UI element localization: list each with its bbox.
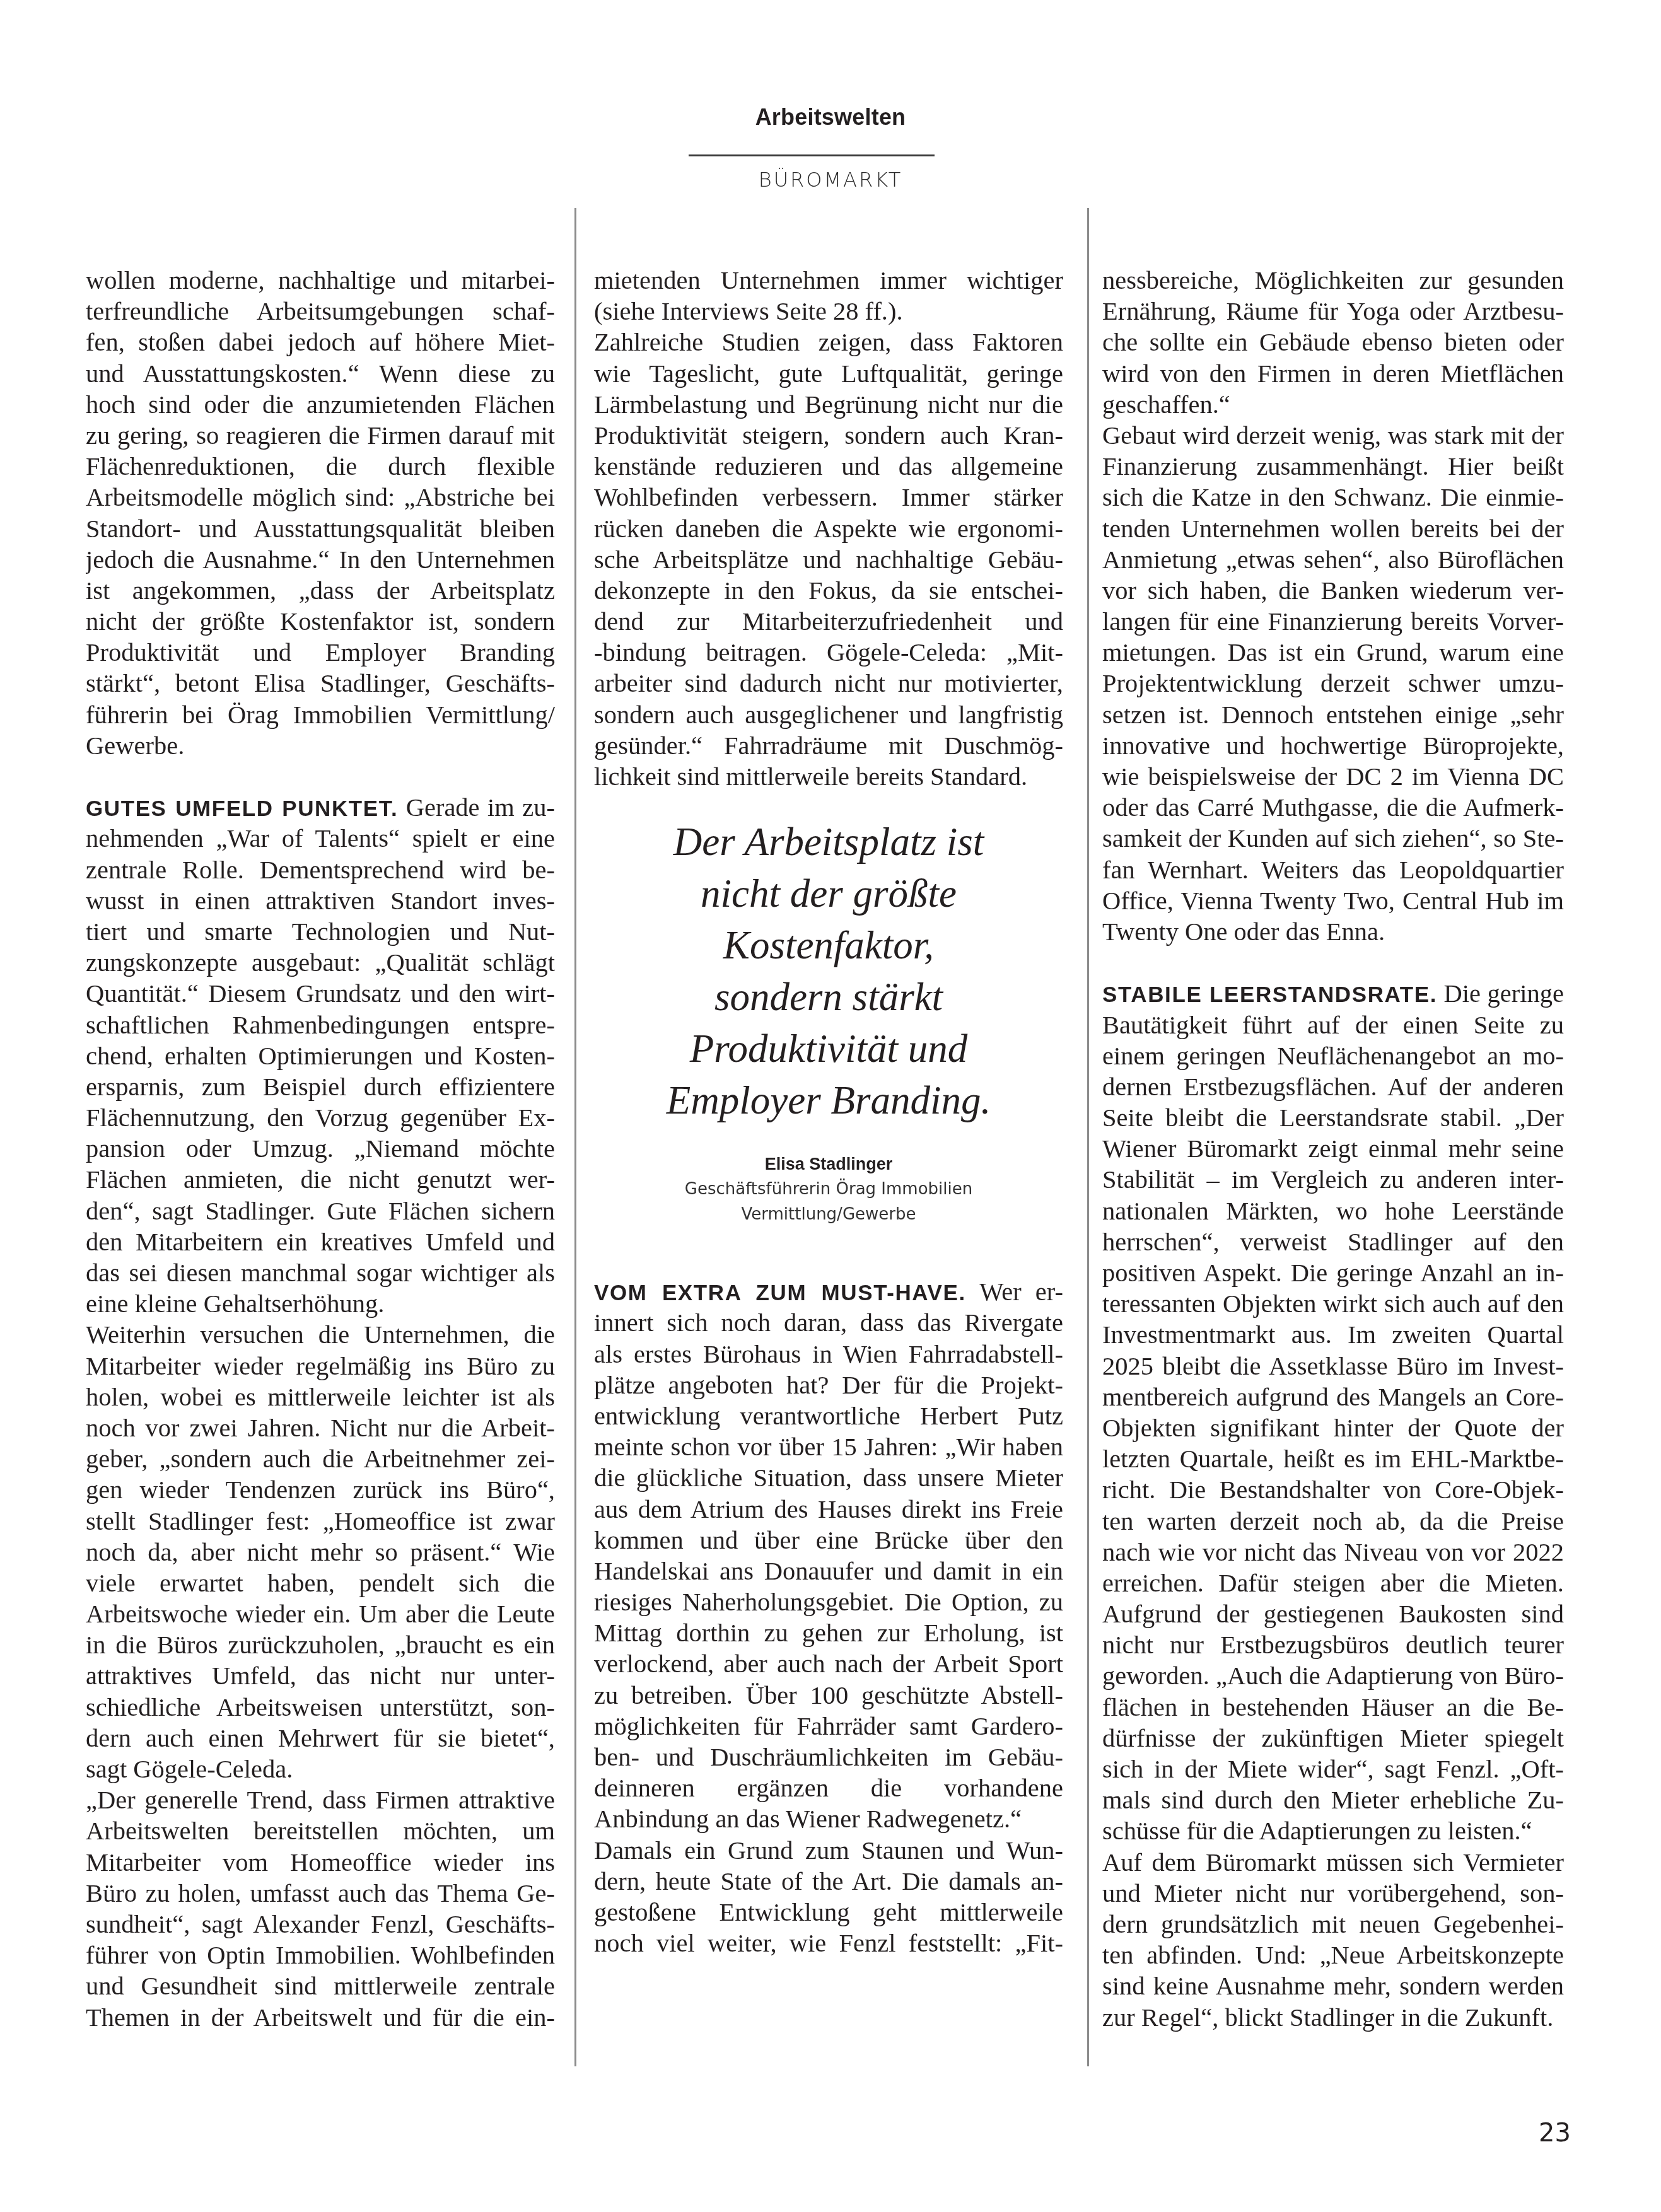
body-paragraph: „Der generelle Trend, dass Firmen attrak… [86,1784,555,2033]
text-line: Handelskai ans Donauufer und damit in ei… [594,1556,1063,1586]
text-line: Anbindung an das Wiener Radwegenetz.“ [594,1803,1063,1834]
section-paragraph: VOM EXTRA ZUM MUST-HAVE. Wer er-innert s… [594,1276,1063,1834]
text-line: oder das Carré Muthgasse, die die Aufmer… [1102,792,1564,823]
text-line: Quantität.“ Diesem Grundsatz und den wir… [86,978,555,1009]
text-line: geworden. „Auch die Adaptierung von Büro… [1102,1660,1564,1691]
text-line: Aufgrund der gestiegenen Baukosten sind [1102,1598,1564,1629]
body-paragraph: Weiterhin versuchen die Unternehmen, die… [86,1319,555,1784]
text-line: und Ausstattungskosten.“ Wenn diese zu [86,358,555,389]
pull-quote-line: Produktivität und [594,1023,1063,1074]
text-line: dernen Erstbezugsflächen. Auf der andere… [1102,1071,1564,1102]
text-line: Arbeitswelten bereitstellen möchten, um [86,1815,555,1846]
text-line: flächen in bestehenden Häuser an die Be- [1102,1692,1564,1723]
text-line: Arbeitsmodelle möglich sind: „Abstriche … [86,482,555,513]
text-line: -bindung beitragen. Gögele-Celeda: „Mit- [594,637,1063,668]
text-line: Mitarbeiter vom Homeoffice wieder ins [86,1847,555,1878]
text-line: dürfnisse der zukünftigen Mieter spiegel… [1102,1723,1564,1754]
text-line-content: Gerade im zu- [398,793,555,822]
text-line: aus dem Atrium des Hauses direkt ins Fre… [594,1494,1063,1525]
text-line: innovative und hochwertige Büroprojekte, [1102,730,1564,761]
body-paragraph: nessbereiche, Möglichkeiten zur gesunden… [1102,265,1564,420]
text-line: GUTES UMFELD PUNKTET. Gerade im zu- [86,792,555,823]
text-line: nach wie vor nicht das Niveau von vor 20… [1102,1537,1564,1568]
text-line: Zahlreiche Studien zeigen, dass Faktoren [594,327,1063,358]
text-line: Flächenreduktionen, die durch flexible [86,451,555,482]
text-line: geber, „sondern auch die Arbeitnehmer ze… [86,1443,555,1474]
column-divider [1087,208,1089,2066]
text-line: lichkeit sind mittlerweile bereits Stand… [594,761,1063,792]
text-line: zungskonzepte ausgebaut: „Qualität schlä… [86,947,555,978]
pull-quote-author-role: Geschäftsführerin Örag Immobilien [594,1177,1063,1202]
text-line: tenden Unternehmen wollen bereits bei de… [1102,513,1564,544]
pull-quote-line: nicht der größte [594,868,1063,919]
text-line: attraktives Umfeld, das nicht nur unter- [86,1660,555,1691]
text-line: ben- und Duschräumlichkeiten im Gebäu- [594,1742,1063,1773]
text-line: vor sich haben, die Banken wiederum ver- [1102,575,1564,606]
text-line: den“, sagt Stadlinger. Gute Flächen sich… [86,1196,555,1226]
paragraph-gap [1102,947,1564,978]
text-line: dekonzepte in den Fokus, da sie entschei… [594,575,1063,606]
article-column-2: mietenden Unternehmen immer wichtiger(si… [594,265,1063,1959]
text-line: zu gering, so reagieren die Firmen darau… [86,420,555,451]
text-line: fan Wernhart. Weiters das Leopoldquartie… [1102,854,1564,885]
text-line: wollen moderne, nachhaltige und mitarbei… [86,265,555,296]
body-paragraph: Gebaut wird derzeit wenig, was stark mit… [1102,420,1564,947]
text-line: plätze angeboten hat? Der für die Projek… [594,1370,1063,1400]
text-line: Lärmbelastung und Begrünung nicht nur di… [594,389,1063,420]
text-line: Büro zu holen, umfasst auch das Thema Ge… [86,1878,555,1909]
text-line: terfreundliche Arbeitsumgebungen schaf- [86,296,555,327]
text-line: kommen und über eine Brücke über den [594,1525,1063,1556]
text-line: zentrale Rolle. Dementsprechend wird be- [86,854,555,885]
text-line: sich die Katze in den Schwanz. Die einmi… [1102,482,1564,513]
text-line: Twenty One oder das Enna. [1102,916,1564,947]
header-rule [689,154,935,156]
text-line: kenstände reduzieren und das allgemeine [594,451,1063,482]
text-line: letzten Quartale, heißt es im EHL-Marktb… [1102,1443,1564,1474]
text-line: jedoch die Ausnahme.“ In den Unternehmen [86,544,555,575]
text-line: Objekten signifikant hinter der Quote de… [1102,1412,1564,1443]
text-line: setzen ist. Dennoch entstehen einige „se… [1102,699,1564,730]
text-line: Wiener Büromarkt zeigt einmal mehr seine [1102,1133,1564,1164]
text-line: sondern auch ausgeglichener und langfris… [594,699,1063,730]
text-line: viele erwartet haben, pendelt sich die [86,1568,555,1598]
article-column-3: nessbereiche, Möglichkeiten zur gesunden… [1102,265,1564,2033]
subheading: VOM EXTRA ZUM MUST-HAVE. [594,1281,966,1305]
text-line: hoch sind oder die anzumietenden Flächen [86,389,555,420]
body-paragraph: mietenden Unternehmen immer wichtiger(si… [594,265,1063,327]
text-line-content: Die geringe [1437,979,1564,1008]
article-column-1: wollen moderne, nachhaltige und mitarbei… [86,265,555,2033]
text-line: Finanzierung zusammenhängt. Hier beißt [1102,451,1564,482]
text-line: arbeiter sind dadurch nicht nur motivier… [594,668,1063,699]
text-line: Produktivität steigern, sondern auch Kra… [594,420,1063,451]
text-line: stellt Stadlinger fest: „Homeoffice ist … [86,1506,555,1537]
text-line: (siehe Interviews Seite 28 ff.). [594,296,1063,327]
text-line: Flächen anmieten, die nicht genutzt wer- [86,1164,555,1195]
text-line: und Gesundheit sind mittlerweile zentral… [86,1970,555,2001]
text-line: chend, erhalten Optimierungen und Kosten… [86,1040,555,1071]
text-line: sche Arbeitsplätze und nachhaltige Gebäu… [594,544,1063,575]
text-line: Gebaut wird derzeit wenig, was stark mit… [1102,420,1564,451]
text-line: Stabilität – im Vergleich zu anderen int… [1102,1164,1564,1195]
text-line: dend zur Mitarbeiterzufriedenheit und [594,606,1063,637]
text-line: mietungen. Das ist ein Grund, warum eine [1102,637,1564,668]
text-line: „Der generelle Trend, dass Firmen attrak… [86,1784,555,1815]
text-line: Gewerbe. [86,730,555,761]
text-line: zur Regel“, blickt Stadlinger in die Zuk… [1102,2002,1564,2033]
text-line: rücken daneben die Aspekte wie ergonomi- [594,513,1063,544]
text-line: sind keine Ausnahme mehr, sondern werden [1102,1970,1564,2001]
text-line: wusst in einen attraktiven Standort inve… [86,885,555,916]
text-line: stärkt“, betont Elisa Stadlinger, Geschä… [86,668,555,699]
text-line: sundheit“, sagt Alexander Fenzl, Geschäf… [86,1909,555,1940]
text-line: VOM EXTRA ZUM MUST-HAVE. Wer er- [594,1276,1063,1307]
pull-quote-line: sondern stärkt [594,971,1063,1023]
text-line: Ernährung, Räume für Yoga oder Arztbesu- [1102,296,1564,327]
text-line: dern grundsätzlich mit neuen Gegebenhei- [1102,1909,1564,1940]
text-line: die glückliche Situation, dass unsere Mi… [594,1462,1063,1493]
text-line: den Mitarbeitern ein kreatives Umfeld un… [86,1226,555,1257]
text-line: Bautätigkeit führt auf der einen Seite z… [1102,1010,1564,1040]
text-line: gesünder.“ Fahrradräume mit Duschmög- [594,730,1063,761]
text-line: innert sich noch daran, dass das Riverga… [594,1307,1063,1338]
text-line: eine kleine Gehaltserhöhung. [86,1288,555,1319]
text-line: entwicklung verantwortliche Herbert Putz [594,1400,1063,1431]
text-line: nicht der größte Kostenfaktor ist, sonde… [86,606,555,637]
section-kicker: Arbeitswelten [0,104,1661,131]
paragraph-gap [86,761,555,792]
pull-quote-author: Elisa Stadlinger [594,1151,1063,1177]
text-line: Produktivität und Employer Branding [86,637,555,668]
text-line: pansion oder Umzug. „Niemand möchte [86,1133,555,1164]
text-line: zu betreiben. Über 100 geschützte Abstel… [594,1680,1063,1711]
text-line: holen, wobei es mittlerweile leichter is… [86,1382,555,1412]
text-line: ten warten derzeit noch ab, da die Preis… [1102,1506,1564,1537]
text-line: Auf dem Büromarkt müssen sich Vermieter [1102,1847,1564,1878]
text-line: 2025 bleibt die Assetklasse Büro im Inve… [1102,1351,1564,1382]
body-paragraph: wollen moderne, nachhaltige und mitarbei… [86,265,555,761]
body-paragraph: Auf dem Büromarkt müssen sich Vermieteru… [1102,1847,1564,2033]
pull-quote-line: Employer Branding. [594,1074,1063,1126]
text-line: Mitarbeiter wieder regelmäßig ins Büro z… [86,1351,555,1382]
text-line: mietenden Unternehmen immer wichtiger [594,265,1063,296]
text-line: Office, Vienna Twenty Two, Central Hub i… [1102,885,1564,916]
text-line-content: Wer er- [966,1278,1063,1306]
text-line: teressanten Objekten wirkt sich auch auf… [1102,1288,1564,1319]
text-line: ten abfinden. Und: „Neue Arbeitskonzepte [1102,1940,1564,1970]
text-line: gestoßene Entwicklung geht mittlerweile [594,1897,1063,1928]
text-line: che sollte ein Gebäude ebenso bieten ode… [1102,327,1564,358]
text-line: Wohlbefinden verbessern. Immer stärker [594,482,1063,513]
text-line: Standort- und Ausstattungsqualität bleib… [86,513,555,544]
text-line: langen für eine Finanzierung bereits Vor… [1102,606,1564,637]
text-line: noch vor zwei Jahren. Nicht nur die Arbe… [86,1412,555,1443]
text-line: sich in der Miete wider“, sagt Fenzl. „O… [1102,1754,1564,1784]
text-line: Flächennutzung, den Vorzug gegenüber Ex- [86,1102,555,1133]
pull-quote-line: Der Arbeitsplatz ist [594,816,1063,868]
column-divider [574,208,576,2066]
text-line: schüsse für die Adaptierungen zu leisten… [1102,1815,1564,1846]
text-line: in die Büros zurückzuholen, „braucht es … [86,1629,555,1660]
text-line: Mittag dorthin zu gehen zur Erholung, is… [594,1617,1063,1648]
page-number: 23 [1539,2119,1571,2148]
text-line: führer von Optin Immobilien. Wohlbefinde… [86,1940,555,1970]
text-line: deinneren ergänzen die vorhandene [594,1773,1063,1803]
text-line: riesiges Naherholungsgebiet. Die Option,… [594,1586,1063,1617]
text-line: wie beispielsweise der DC 2 im Vienna DC [1102,761,1564,792]
text-line: nessbereiche, Möglichkeiten zur gesunden [1102,265,1564,296]
text-line: mals sind durch den Mieter erhebliche Zu… [1102,1784,1564,1815]
text-line: noch da, aber nicht mehr so präsent.“ Wi… [86,1537,555,1568]
text-line: nicht nur Erstbezugsbüros deutlich teure… [1102,1629,1564,1660]
text-line: schiedliche Arbeitsweisen unterstützt, s… [86,1692,555,1723]
text-line: erreichen. Dafür steigen aber die Mieten… [1102,1568,1564,1598]
body-paragraph: Damals ein Grund zum Staunen und Wun-der… [594,1835,1063,1959]
section-paragraph: STABILE LEERSTANDSRATE. Die geringeBautä… [1102,978,1564,1846]
section-paragraph: GUTES UMFELD PUNKTET. Gerade im zu-nehme… [86,792,555,1319]
subheading: STABILE LEERSTANDSRATE. [1102,982,1437,1007]
text-line: nationalen Märkten, wo hohe Leerstände [1102,1196,1564,1226]
text-line: Anmietung „etwas sehen“, also Bürofläche… [1102,544,1564,575]
text-line: fen, stoßen dabei jedoch auf höhere Miet… [86,327,555,358]
text-line: und Mieter nicht nur vorübergehend, son- [1102,1878,1564,1909]
text-line: Weiterhin versuchen die Unternehmen, die [86,1319,555,1350]
text-line: tiert und smarte Technologien und Nut- [86,916,555,947]
text-line: mentbereich aufgrund des Mangels an Core… [1102,1382,1564,1412]
pull-quote: Der Arbeitsplatz istnicht der größteKost… [594,816,1063,1276]
text-line: einem geringen Neuflächenangebot an mo- [1102,1040,1564,1071]
text-line: ist angekommen, „dass der Arbeitsplatz [86,575,555,606]
text-line: positiven Aspekt. Die geringe Anzahl an … [1102,1257,1564,1288]
text-line: dern, heute State of the Art. Die damals… [594,1866,1063,1897]
text-line: wird von den Firmen in deren Mietflächen [1102,358,1564,389]
text-line: gen wieder Tendenzen zurück ins Büro“, [86,1474,555,1505]
text-line: herrschen“, verweist Stadlinger auf den [1102,1226,1564,1257]
text-line: verlockend, aber auch nach der Arbeit Sp… [594,1648,1063,1679]
text-line: ersparnis, zum Beispiel durch effiziente… [86,1071,555,1102]
pull-quote-author-role: Vermittlung/Gewerbe [594,1202,1063,1227]
text-line: als erstes Bürohaus in Wien Fahrradabste… [594,1339,1063,1370]
pull-quote-line: Kostenfaktor, [594,919,1063,971]
text-line: führerin bei Örag Immobilien Vermittlung… [86,699,555,730]
text-line: schaftlichen Rahmenbedingungen entspre- [86,1010,555,1040]
text-line: Seite bleibt die Leerstandsrate stabil. … [1102,1102,1564,1133]
text-line: Investmentmarkt aus. Im zweiten Quartal [1102,1319,1564,1350]
text-line: Themen in der Arbeitswelt und für die ei… [86,2002,555,2033]
subheading: GUTES UMFELD PUNKTET. [86,796,398,821]
text-line: richt. Die Bestandshalter von Core-Objek… [1102,1474,1564,1505]
text-line: möglichkeiten für Fahrräder samt Gardero… [594,1711,1063,1742]
text-line: noch viel weiter, wie Fenzl feststellt: … [594,1928,1063,1959]
text-line: meinte schon vor über 15 Jahren: „Wir ha… [594,1431,1063,1462]
text-line: das sei diesen manchmal sogar wichtiger … [86,1257,555,1288]
body-paragraph: Zahlreiche Studien zeigen, dass Faktoren… [594,327,1063,792]
section-title: BÜROMARKT [0,168,1661,192]
text-line: Projektentwicklung derzeit schwer umzu- [1102,668,1564,699]
text-line: nehmenden „War of Talents“ spielt er ein… [86,823,555,854]
text-line: STABILE LEERSTANDSRATE. Die geringe [1102,978,1564,1009]
text-line: geschaffen.“ [1102,389,1564,420]
text-line: Damals ein Grund zum Staunen und Wun- [594,1835,1063,1866]
text-line: sagt Gögele-Celeda. [86,1754,555,1784]
text-line: dern auch einen Mehrwert für sie bietet“… [86,1723,555,1754]
text-line: wie Tageslicht, gute Luftqualität, gerin… [594,358,1063,389]
text-line: Arbeitswoche wieder ein. Um aber die Leu… [86,1598,555,1629]
text-line: samkeit der Kunden auf sich ziehen“, so … [1102,823,1564,854]
